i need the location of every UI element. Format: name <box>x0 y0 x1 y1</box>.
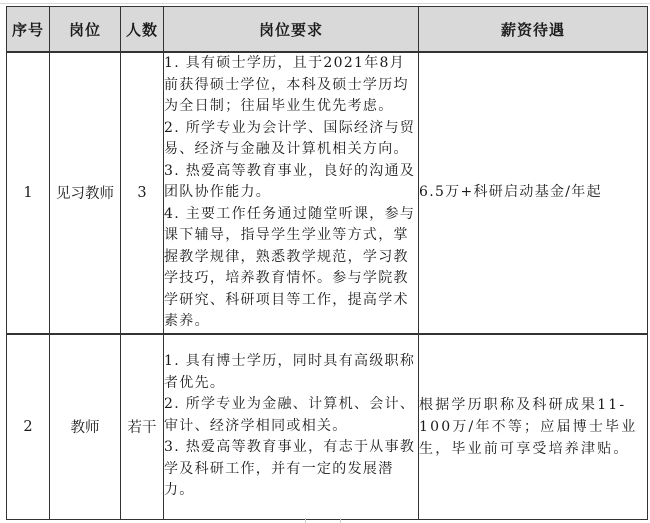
header-count: 人数 <box>121 7 164 53</box>
requirement-item: 3. 热爱高等教育事业，良好的沟通及团队协作能力。 <box>164 161 418 204</box>
requirement-item: 1. 具有博士学历，同时具有高级职称者优先。 <box>164 351 418 394</box>
requirement-item: 1. 具有硕士学历，且于2021年8月前获得硕士学位，本科及硕士学历均为全日制；… <box>164 53 418 118</box>
table-row: 2 教师 若干 1. 具有博士学历，同时具有高级职称者优先。 2. 所学专业为金… <box>7 334 648 520</box>
header-salary: 薪资待遇 <box>419 7 648 53</box>
requirement-item: 2. 所学专业为会计学、国际经济与贸易、经济与金融及计算机相关方向。 <box>164 118 418 161</box>
row-salary: 根据学历职称及科研成果11-100万/年不等；应届博士毕业生，毕业前可享受培养津… <box>419 334 648 520</box>
row-requirements: 1. 具有硕士学历，且于2021年8月前获得硕士学位，本科及硕士学历均为全日制；… <box>164 52 419 334</box>
header-position: 岗位 <box>50 7 121 53</box>
row-salary: 6.5万+科研启动基金/年起 <box>419 52 648 334</box>
requirement-item: 4. 主要工作任务通过随堂听课，参与课下辅导，指导学生学业等方式，掌握教学规律，… <box>164 204 418 333</box>
row-index: 1 <box>7 52 50 334</box>
recruitment-table: 序号 岗位 人数 岗位要求 薪资待遇 1 见习教师 3 1. 具有硕士学历，且于… <box>6 6 648 520</box>
header-requirements: 岗位要求 <box>164 7 419 53</box>
row-index: 2 <box>7 334 50 520</box>
table-header-row: 序号 岗位 人数 岗位要求 薪资待遇 <box>7 7 648 53</box>
header-index: 序号 <box>7 7 50 53</box>
row-requirements: 1. 具有博士学历，同时具有高级职称者优先。 2. 所学专业为金融、计算机、会计… <box>164 334 419 520</box>
row-position: 教师 <box>50 334 121 520</box>
row-count: 若干 <box>121 334 164 520</box>
page-bottom-marker <box>305 518 341 523</box>
row-position: 见习教师 <box>50 52 121 334</box>
requirement-item: 3. 热爱高等教育事业，有志于从事教学及科研工作，并有一定的发展潜力。 <box>164 437 418 502</box>
table-row: 1 见习教师 3 1. 具有硕士学历，且于2021年8月前获得硕士学位，本科及硕… <box>7 52 648 334</box>
requirement-item: 2. 所学专业为金融、计算机、会计、审计、经济学相同或相关。 <box>164 394 418 437</box>
row-count: 3 <box>121 52 164 334</box>
page-top-edge <box>0 0 650 4</box>
